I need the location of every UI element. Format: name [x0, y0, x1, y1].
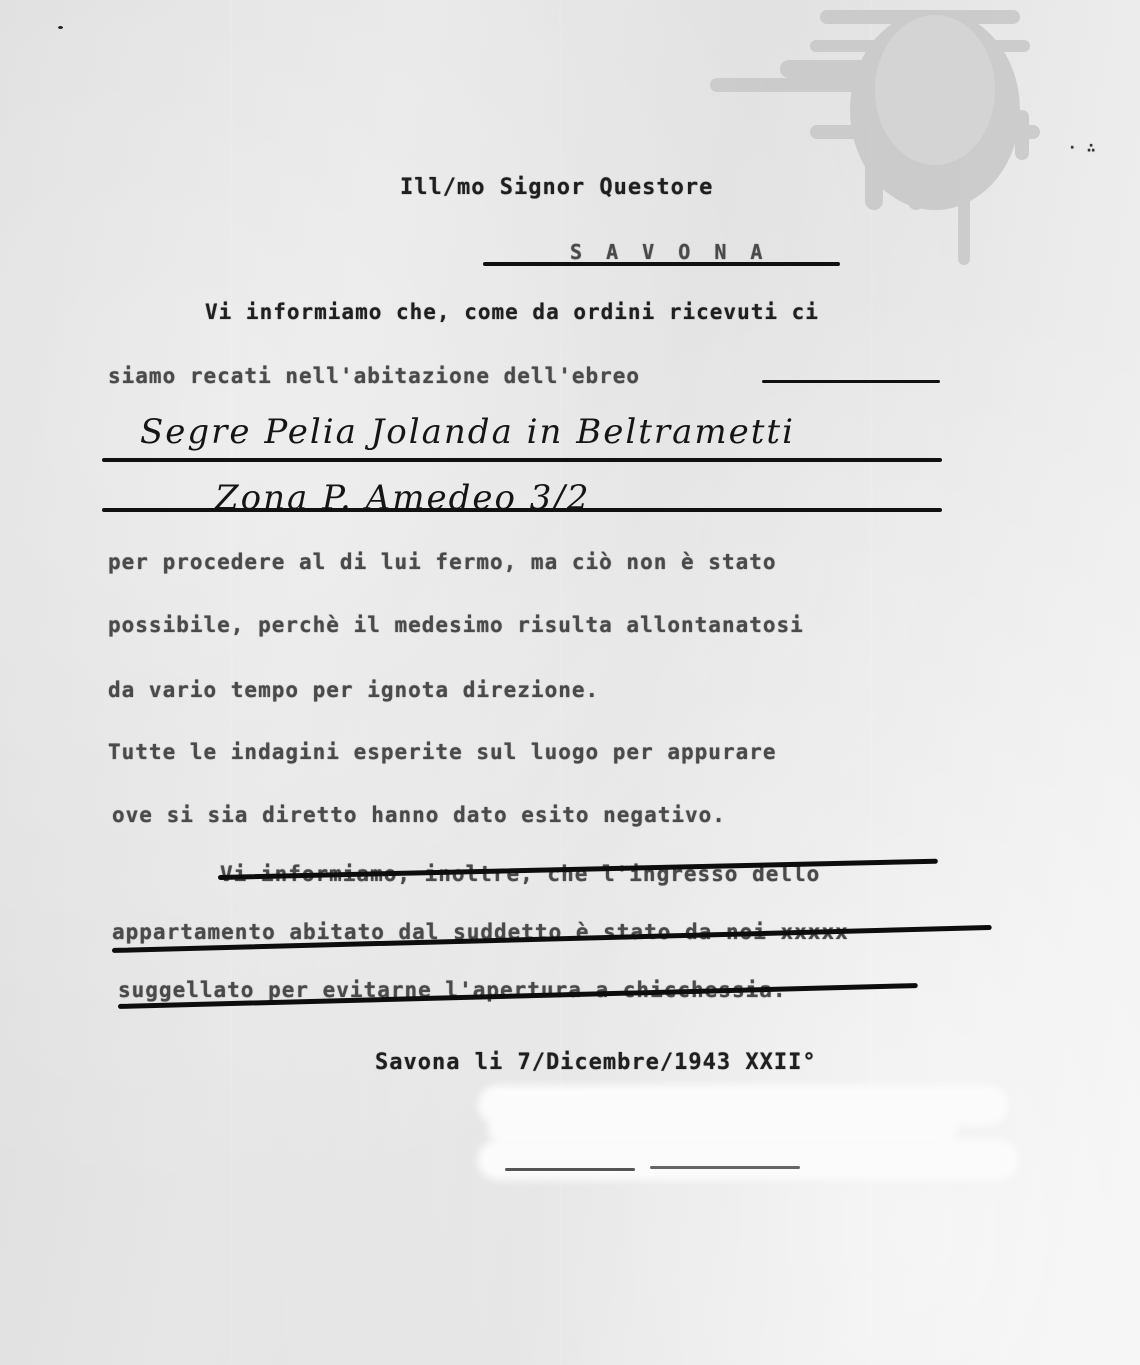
signature-trace: [505, 1168, 635, 1171]
paragraph1-line2: siamo recati nell'abitazione dell'ebreo: [108, 364, 640, 388]
ink-stain: [700, 0, 1040, 270]
dateline: Savona li 7/Dicembre/1943 XXII°: [375, 1050, 817, 1075]
paragraph1-line3: per procedere al di lui fermo, ma ciò no…: [108, 550, 777, 574]
signature-trace: [650, 1166, 800, 1169]
blank-line: [762, 380, 940, 383]
redacted-signature: [478, 1140, 1018, 1180]
handwriting-line-2: [102, 508, 942, 512]
margin-mark: · ∴: [1068, 140, 1096, 156]
handwriting-line-1: [102, 458, 942, 462]
paragraph1-line4: possibile, perchè il medesimo risulta al…: [108, 613, 804, 637]
ink-speck: [58, 26, 63, 29]
paragraph2-line1: Tutte le indagini esperite sul luogo per…: [108, 740, 777, 764]
handwritten-name-text: Segre Pelia Jolanda in Beltrametti: [140, 412, 795, 452]
heading-underline: [483, 262, 840, 266]
city-heading: S A V O N A: [570, 240, 768, 264]
paragraph2-line2: ove si sia diretto hanno dato esito nega…: [112, 803, 726, 827]
handwritten-address: Zona P. Amedeo 3/2: [215, 478, 590, 518]
scanned-document-page: · ∴ Ill/mo Signor Questore S A V O N A V…: [0, 0, 1140, 1365]
paragraph1-line5: da vario tempo per ignota direzione.: [108, 678, 599, 702]
addressee: Ill/mo Signor Questore: [400, 175, 713, 200]
paragraph1-line1: Vi informiamo che, come da ordini ricevu…: [205, 300, 819, 324]
